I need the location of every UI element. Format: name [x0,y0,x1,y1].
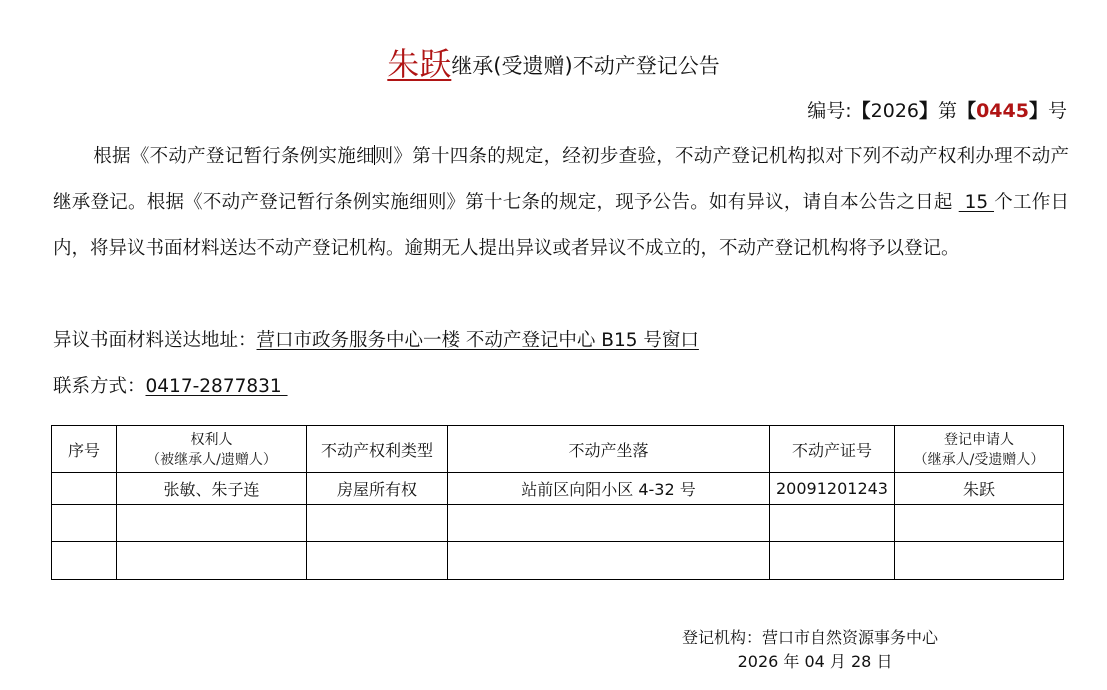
cell-location[interactable] [448,542,770,580]
header-applicant: 登记申请人（继承人/受遗赠人） [895,426,1064,473]
table-row [52,505,1064,542]
doc-year[interactable]: 2026 [871,100,919,122]
cell-cert-no[interactable]: 20091201243 [770,473,895,505]
applicant-name[interactable]: 朱跃 [387,45,451,83]
address-label: 异议书面材料送达地址： [53,330,257,351]
table-header-row: 序号 权利人（被继承人/遗赠人） 不动产权利类型 不动产坐落 不动产证号 登记申… [52,426,1064,473]
bracket-close: 】 [1029,100,1048,122]
cell-right-type[interactable] [307,542,448,580]
header-right-holder: 权利人（被继承人/遗赠人） [117,426,307,473]
cell-right-holder[interactable]: 张敏、朱子连 [117,473,307,505]
cell-seq[interactable] [52,473,117,505]
document-number: 编号:【2026】第【0445】号 [807,98,1067,124]
cell-right-holder[interactable] [117,542,307,580]
address-value[interactable]: 营口市政务服务中心一楼 不动产登记中心 B15 号窗口 [257,330,699,351]
doc-serial-number[interactable]: 0445 [976,100,1029,122]
cell-applicant[interactable] [895,505,1064,542]
org-name: 营口市自然资源事务中心 [762,628,938,647]
announcement-date[interactable]: 2026 年 04 月 28 日 [682,650,938,674]
bracket-open: 【 [852,100,871,122]
cell-seq[interactable] [52,542,117,580]
header-seq: 序号 [52,426,117,473]
registration-org: 登记机构：营口市自然资源事务中心 [682,626,938,650]
bracket-open: 【 [957,100,976,122]
header-right-type: 不动产权利类型 [307,426,448,473]
contact-line: 联系方式：0417-2877831 [53,374,288,400]
table-row [52,542,1064,580]
contact-phone[interactable]: 0417-2877831 [146,376,288,397]
property-table: 序号 权利人（被继承人/遗赠人） 不动产权利类型 不动产坐落 不动产证号 登记申… [51,425,1064,580]
header-cert-no: 不动产证号 [770,426,895,473]
title-suffix: 继承(受遗赠)不动产登记公告 [451,54,719,78]
cell-applicant[interactable]: 朱跃 [895,473,1064,505]
cell-applicant[interactable] [895,542,1064,580]
cell-right-type[interactable] [307,505,448,542]
cell-location[interactable] [448,505,770,542]
doc-number-mid: 第 [938,100,957,122]
cell-right-type[interactable]: 房屋所有权 [307,473,448,505]
header-location: 不动产坐落 [448,426,770,473]
cell-cert-no[interactable] [770,542,895,580]
doc-number-label: 编号: [807,100,851,122]
address-line: 异议书面材料送达地址：营口市政务服务中心一楼 不动产登记中心 B15 号窗口 [53,328,699,354]
objection-days[interactable]: 15 [959,180,994,226]
doc-number-end: 号 [1048,100,1067,122]
announcement-body[interactable]: 根据《不动产登记暂行条例实施细则》第十四条的规定，经初步查验，不动产登记机构拟对… [53,134,1069,272]
cell-seq[interactable] [52,505,117,542]
page-title: 朱跃继承(受遗赠)不动产登记公告 [0,44,1107,86]
org-label: 登记机构： [682,628,762,647]
table-row: 张敏、朱子连 房屋所有权 站前区向阳小区 4-32 号 20091201243 … [52,473,1064,505]
cell-right-holder[interactable] [117,505,307,542]
bracket-close: 】 [919,100,938,122]
body-text-1a: 根据《不动产登记暂行条例实施细 [93,146,375,167]
cell-cert-no[interactable] [770,505,895,542]
signature-block: 登记机构：营口市自然资源事务中心 2026 年 04 月 28 日 [682,626,938,674]
contact-label: 联系方式： [53,376,146,397]
cell-location[interactable]: 站前区向阳小区 4-32 号 [448,473,770,505]
